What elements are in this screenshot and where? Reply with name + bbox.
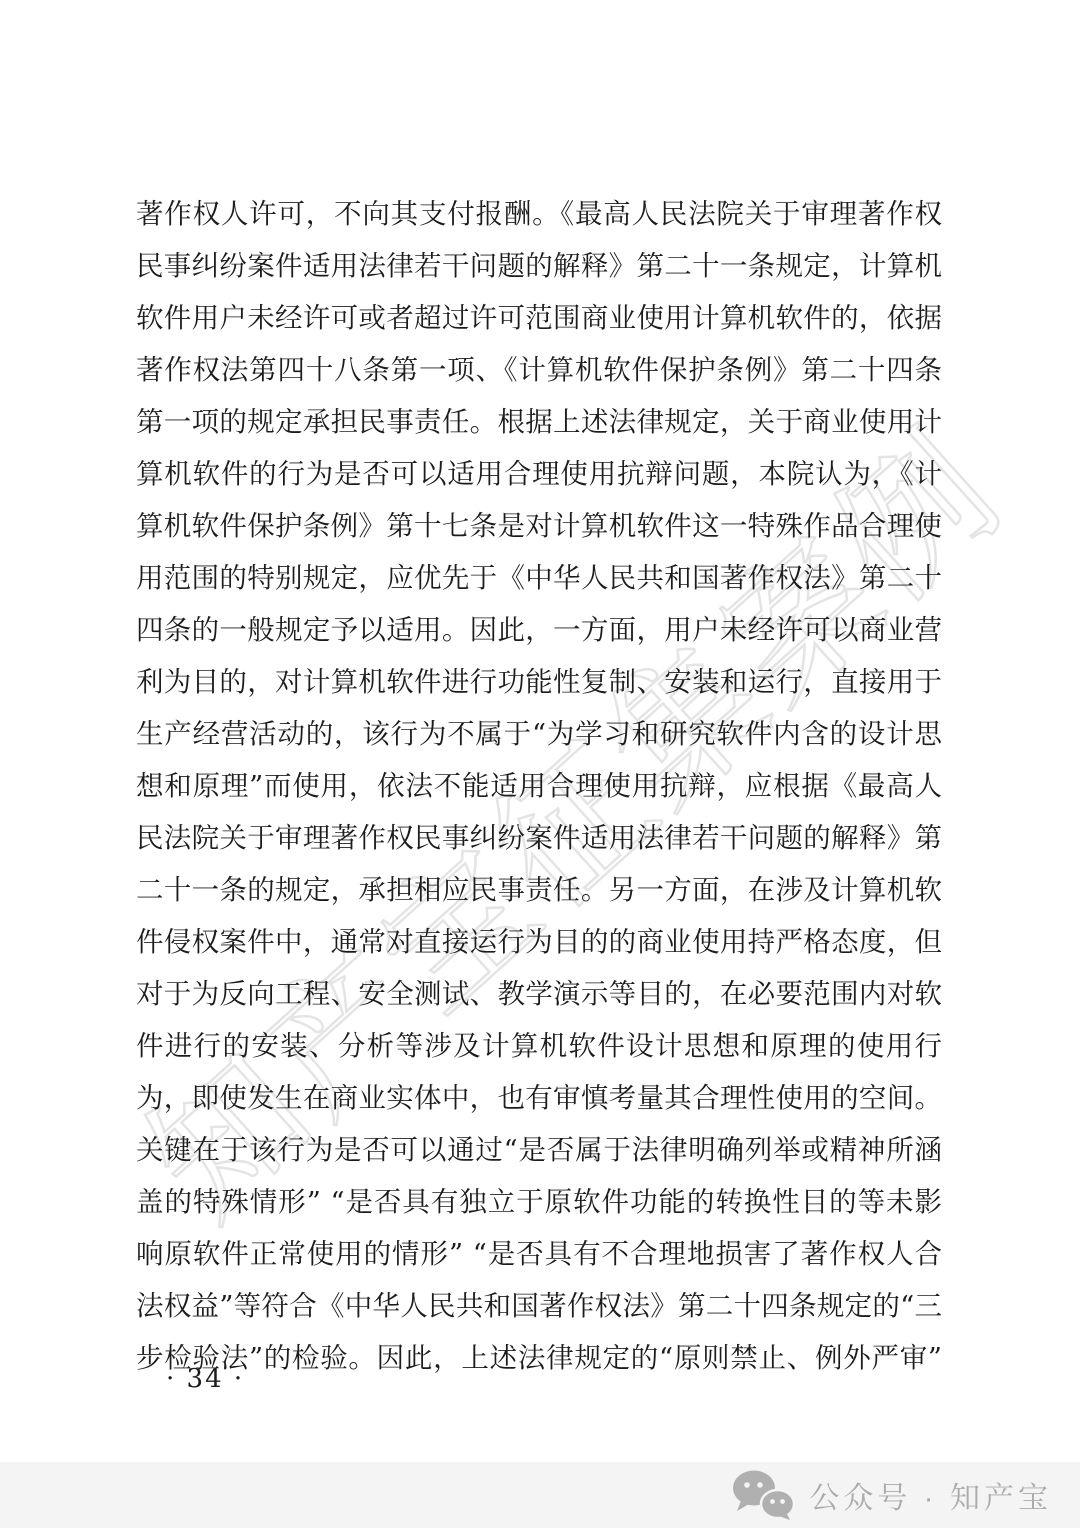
text-line: 生产经营活动的，该行为不属于“为学习和研究软件内含的设计思: [136, 708, 942, 760]
text-line: 想和原理”而使用，依法不能适用合理使用抗辩，应根据《最高人: [136, 760, 942, 812]
text-line: 法权益”等符合《中华人民共和国著作权法》第二十四条规定的“三: [136, 1280, 942, 1332]
text-line: 著作权法第四十八条第一项、《计算机软件保护条例》第二十四条: [136, 344, 942, 396]
document-page: 知产宝征集案例 著作权人许可，不向其支付报酬。《最高人民法院关于审理著作权民事纠…: [0, 0, 1080, 1528]
text-line: 关键在于该行为是否可以通过“是否属于法律明确列举或精神所涵: [136, 1124, 942, 1176]
text-line: 民法院关于审理著作权民事纠纷案件适用法律若干问题的解释》第: [136, 812, 942, 864]
footer-bar: 公众号 · 知产宝: [0, 1462, 1080, 1528]
text-line: 响原软件正常使用的情形” “是否具有不合理地损害了著作权人合: [136, 1228, 942, 1280]
page-number: · 34 ·: [166, 1364, 244, 1394]
wechat-icon: [731, 1469, 795, 1521]
text-line: 用范围的特别规定，应优先于《中华人民共和国著作权法》第二十: [136, 552, 942, 604]
text-line: 步检验法”的检验。因此，上述法律规定的“原则禁止、例外严审”: [136, 1332, 942, 1384]
text-line: 盖的特殊情形” “是否具有独立于原软件功能的转换性目的等未影: [136, 1176, 942, 1228]
text-line: 件进行的安装、分析等涉及计算机软件设计思想和原理的使用行: [136, 1020, 942, 1072]
text-line: 对于为反向工程、安全测试、教学演示等目的，在必要范围内对软: [136, 968, 942, 1020]
text-line: 四条的一般规定予以适用。因此，一方面，用户未经许可以商业营: [136, 604, 942, 656]
text-line: 二十一条的规定，承担相应民事责任。另一方面，在涉及计算机软: [136, 864, 942, 916]
text-line: 民事纠纷案件适用法律若干问题的解释》第二十一条规定，计算机: [136, 240, 942, 292]
text-line: 算机软件的行为是否可以适用合理使用抗辩问题，本院认为，《计: [136, 448, 942, 500]
text-line: 算机软件保护条例》第十七条是对计算机软件这一特殊作品合理使: [136, 500, 942, 552]
text-line: 为，即使发生在商业实体中，也有审慎考量其合理性使用的空间。: [136, 1072, 942, 1124]
text-line: 件侵权案件中，通常对直接运行为目的的商业使用持严格态度，但: [136, 916, 942, 968]
text-line: 第一项的规定承担民事责任。根据上述法律规定，关于商业使用计: [136, 396, 942, 448]
text-line: 利为目的，对计算机软件进行功能性复制、安装和运行，直接用于: [136, 656, 942, 708]
text-line: 软件用户未经许可或者超过许可范围商业使用计算机软件的，依据: [136, 292, 942, 344]
footer-account-label: 公众号 · 知产宝: [809, 1473, 1052, 1517]
text-line: 著作权人许可，不向其支付报酬。《最高人民法院关于审理著作权: [136, 188, 942, 240]
body-text: 著作权人许可，不向其支付报酬。《最高人民法院关于审理著作权民事纠纷案件适用法律若…: [136, 188, 942, 1384]
